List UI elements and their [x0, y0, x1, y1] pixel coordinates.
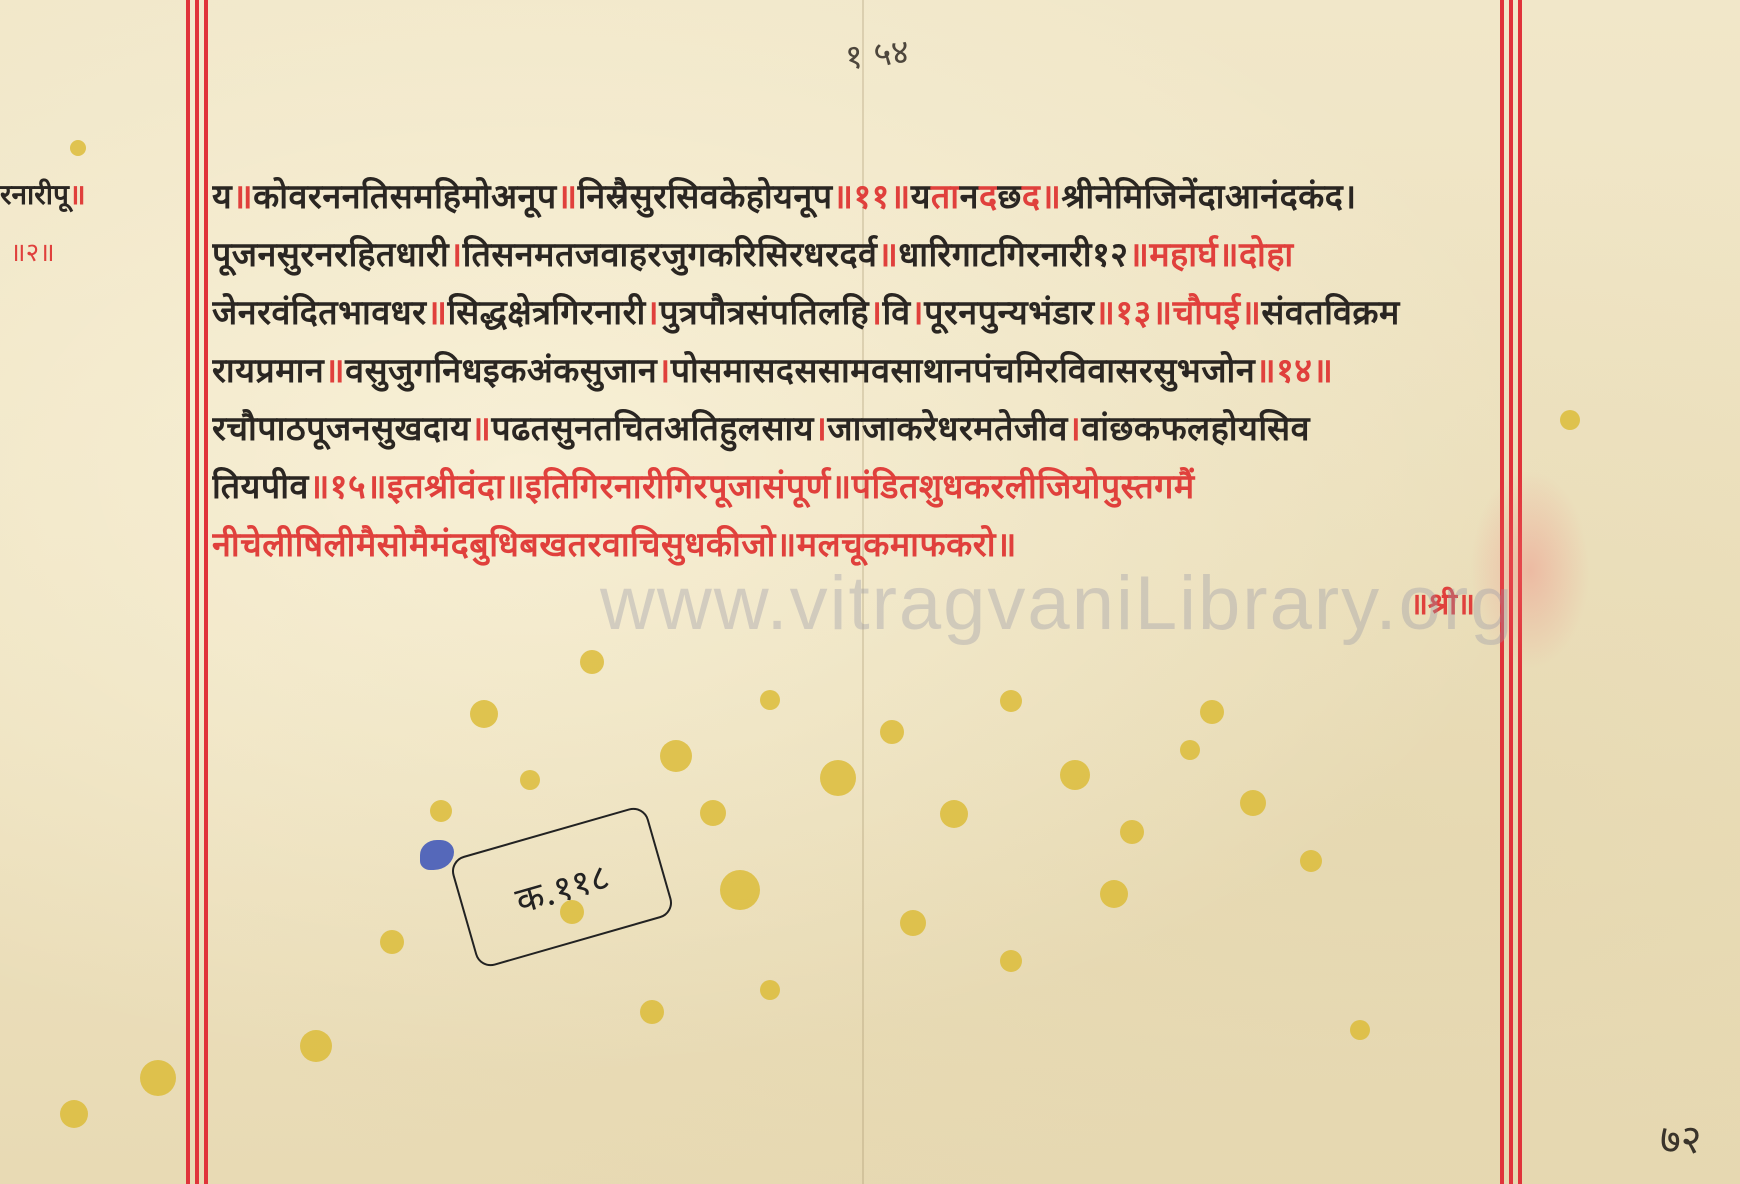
- stain-spot: [1000, 690, 1022, 712]
- red-ink-segment: ।: [646, 293, 659, 333]
- text-line: रचौपाठपूजनसुखदाय॥पढतसुनतचितअतिहुलसाय।जाज…: [212, 400, 1497, 458]
- black-ink-segment: तिसनमतजवाहरजुगकरिसिरधरदर्व: [463, 235, 878, 275]
- text-line: जेनरवंदितभावधर॥सिद्धक्षेत्रगिरनारी।पुत्र…: [212, 284, 1497, 342]
- red-ink-segment: ॥: [324, 351, 345, 391]
- black-ink-segment: पढतसुनतचितअतिहुलसाय: [491, 409, 814, 449]
- red-ink-segment: ॥: [557, 177, 578, 217]
- stain-spot: [880, 720, 904, 744]
- stain-spot: [700, 800, 726, 826]
- stain-spot: [380, 930, 404, 954]
- black-ink-segment: रचौपाठपूजनसुखदाय: [212, 409, 470, 449]
- top-page-annotation: १ ५४: [843, 27, 911, 79]
- stain-spot: [70, 140, 86, 156]
- black-ink-segment: पुत्रपौत्रसंपतिलहि: [659, 293, 869, 333]
- black-ink-segment: य: [212, 177, 232, 217]
- stain-spot: [1560, 410, 1580, 430]
- text-line: तियपीव॥१५॥इतश्रीवंदा॥इतिगिरनारीगिरपूजासं…: [212, 458, 1497, 516]
- red-ink-segment: ।: [869, 293, 882, 333]
- black-ink-segment: धारिगाटगिरनारी: [898, 235, 1092, 275]
- stain-spot: [720, 870, 760, 910]
- stain-spot: [1350, 1020, 1370, 1040]
- black-ink-segment: रायप्रमान: [212, 351, 324, 391]
- stain-spot: [60, 1100, 88, 1128]
- stain-spot: [1060, 760, 1090, 790]
- stain-spot: [1240, 790, 1266, 816]
- text-line: रायप्रमान॥वसुजुगनिधइकअंकसुजान।पोसमासदससा…: [212, 342, 1497, 400]
- black-ink-segment: वांछकफलहोयसिव: [1081, 409, 1310, 449]
- red-ink-segment: ।: [814, 409, 827, 449]
- text-line: य॥कोवरननतिसमहिमोअनूप॥निस्रैसुरसिवकेहोयनू…: [212, 168, 1497, 226]
- stain-spot: [430, 800, 452, 822]
- black-ink-segment: तियपीव: [212, 467, 309, 507]
- manuscript-text-block: य॥कोवरननतिसमहिमोअनूप॥निस्रैसुरसिवकेहोयनू…: [212, 168, 1497, 574]
- left-red-border-rules: [186, 0, 212, 1184]
- stain-spot: [300, 1030, 332, 1062]
- red-ink-segment: द: [979, 177, 998, 217]
- stain-spot: [1120, 820, 1144, 844]
- black-ink-segment: न: [960, 177, 979, 217]
- black-ink-segment: जेनरवंदितभावधर: [212, 293, 427, 333]
- red-ink-segment: ॥: [470, 409, 491, 449]
- red-ink-segment: ।: [449, 235, 462, 275]
- manuscript-page: १ ५४ रनारीपू॥ ॥२॥ य॥कोवरननतिसमहिमोअनूप॥न…: [0, 0, 1740, 1184]
- black-ink-segment: वसुजुगनिधइकअंकसुजान: [345, 351, 657, 391]
- corner-page-number: ७२: [1660, 1110, 1702, 1165]
- stain-spot: [580, 650, 604, 674]
- black-ink-segment: कोवरननतिसमहिमोअनूप: [253, 177, 557, 217]
- stain-spot: [900, 910, 926, 936]
- red-ink-segment: ॥१५॥इतश्रीवंदा॥इतिगिरनारीगिरपूजासंपूर्ण॥…: [309, 467, 1195, 507]
- stain-spot: [1100, 880, 1128, 908]
- stain-spot: [1200, 700, 1224, 724]
- stain-spot: [470, 700, 498, 728]
- red-ink-segment: ॥११॥: [833, 177, 911, 217]
- black-ink-segment: वि: [882, 293, 910, 333]
- black-ink-segment: सिद्धक्षेत्रगिरनारी: [447, 293, 645, 333]
- red-ink-segment: ता: [931, 177, 960, 217]
- stain-spot: [520, 770, 540, 790]
- watermark: www.vitragvaniLibrary.org: [600, 560, 1514, 647]
- black-ink-segment: पोसमासदससामवसाथानपंचमिरविवासरसुभजोन: [671, 351, 1256, 391]
- stain-spot: [1300, 850, 1322, 872]
- stain-spot: [1180, 740, 1200, 760]
- margin-line-1: रनारीपू॥: [0, 175, 180, 213]
- red-ink-segment: द॥: [1022, 177, 1061, 217]
- red-ink-segment: ॥: [232, 177, 253, 217]
- stain-spot: [760, 690, 780, 710]
- red-ink-segment: ॥: [427, 293, 448, 333]
- red-ink-segment: ।: [657, 351, 670, 391]
- black-ink-segment: संवतविक्रम: [1261, 293, 1399, 333]
- black-ink-segment: जाजाकरेधरमतेजीव: [827, 409, 1068, 449]
- red-ink-segment: ॥: [877, 235, 898, 275]
- stain-spot: [940, 800, 968, 828]
- left-margin-fragment: रनारीपू॥ ॥२॥: [0, 175, 180, 269]
- catalog-number-stamp: क.११८: [448, 804, 676, 970]
- red-ink-segment: ।: [1068, 409, 1081, 449]
- red-ink-segment: ।: [911, 293, 924, 333]
- black-ink-segment: पूजनसुरनरहितधारी: [212, 235, 449, 275]
- black-ink-segment: श्रीनेमिजिनेंदाआनंदकंद।: [1061, 177, 1356, 217]
- stain-spot: [560, 900, 584, 924]
- black-ink-segment: छ: [998, 177, 1022, 217]
- margin-line-1-danda: ॥: [69, 178, 86, 211]
- red-ink-segment: नीचेलीषिलीमैसोमैमंदबुधिबखतरवाचिसुधकीजो॥म…: [212, 525, 1017, 565]
- black-ink-segment: १२: [1092, 235, 1128, 275]
- stain-spot: [660, 740, 692, 772]
- red-ink-segment: ॥महार्घ॥दोहा: [1128, 235, 1293, 275]
- blue-ink-blot: [420, 840, 454, 870]
- margin-line-1-text: रनारीपू: [0, 178, 69, 211]
- stain-spot: [760, 980, 780, 1000]
- margin-line-2: ॥२॥: [10, 233, 180, 269]
- black-ink-segment: निस्रैसुरसिवकेहोयनूप: [578, 177, 833, 217]
- stain-spot: [1000, 950, 1022, 972]
- red-ink-segment: ॥१३॥चौपई॥: [1095, 293, 1262, 333]
- stain-spot: [820, 760, 856, 796]
- stain-spot: [640, 1000, 664, 1024]
- black-ink-segment: य: [911, 177, 931, 217]
- text-line: पूजनसुरनरहितधारी।तिसनमतजवाहरजुगकरिसिरधरद…: [212, 226, 1497, 284]
- black-ink-segment: पूरनपुन्यभंडार: [924, 293, 1094, 333]
- stain-spot: [140, 1060, 176, 1096]
- red-ink-segment: ॥१४॥: [1255, 351, 1333, 391]
